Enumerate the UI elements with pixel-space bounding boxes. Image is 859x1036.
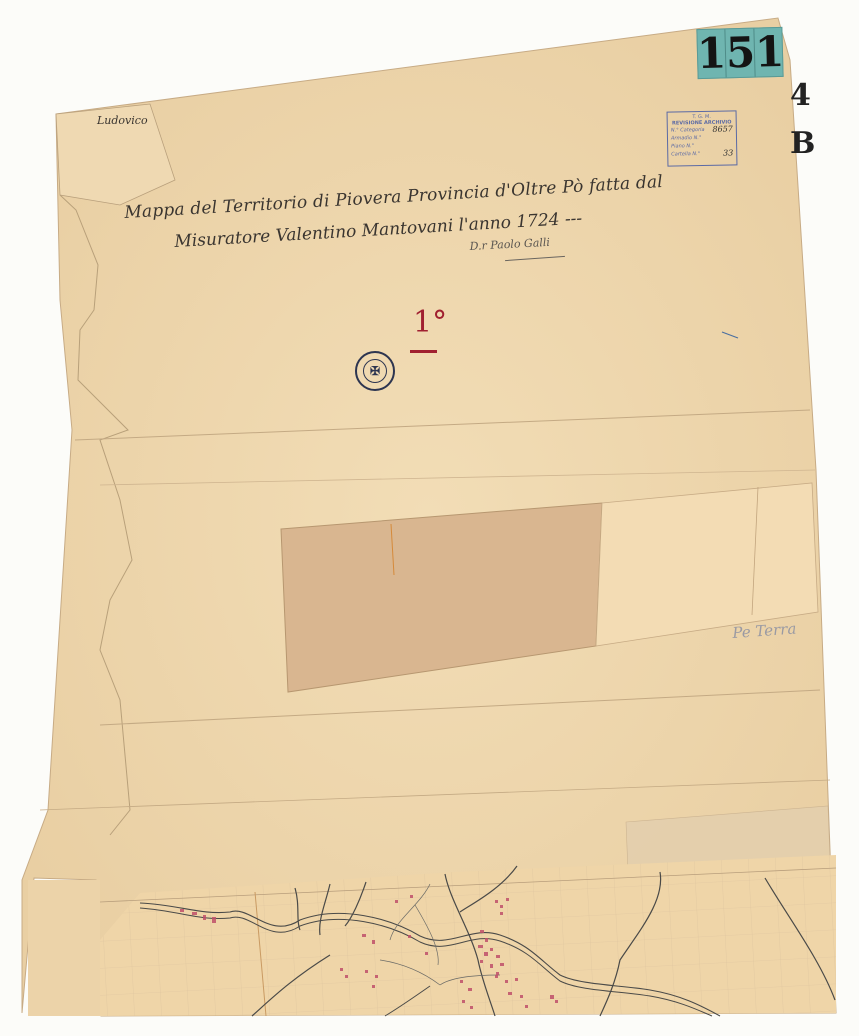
archive-number-digit: 5 — [725, 29, 755, 78]
stamp-row-folder: Cartella N.°33 — [671, 149, 733, 158]
archive-number-digit: 1 — [754, 28, 783, 77]
sheet-number-underline — [410, 350, 437, 353]
archive-number-label: 1 5 1 — [696, 27, 783, 79]
sheet-number: 1° — [413, 305, 447, 340]
cross-icon: ✠ — [363, 359, 387, 383]
side-marks: 4 B — [790, 72, 806, 168]
archive-seal-icon: ✠ — [355, 351, 395, 391]
archive-revision-stamp: T. G. M. REVISIONE ARCHIVIO N.° Categori… — [667, 110, 738, 166]
stamp-row-category: N.° Categoria8657 — [671, 125, 733, 134]
map-sheet: 1 5 1 4 B Ludovico T. G. M. REVISIONE AR… — [0, 0, 859, 1036]
corner-annotation: Ludovico — [97, 114, 148, 127]
archive-number-digit: 1 — [696, 29, 726, 78]
